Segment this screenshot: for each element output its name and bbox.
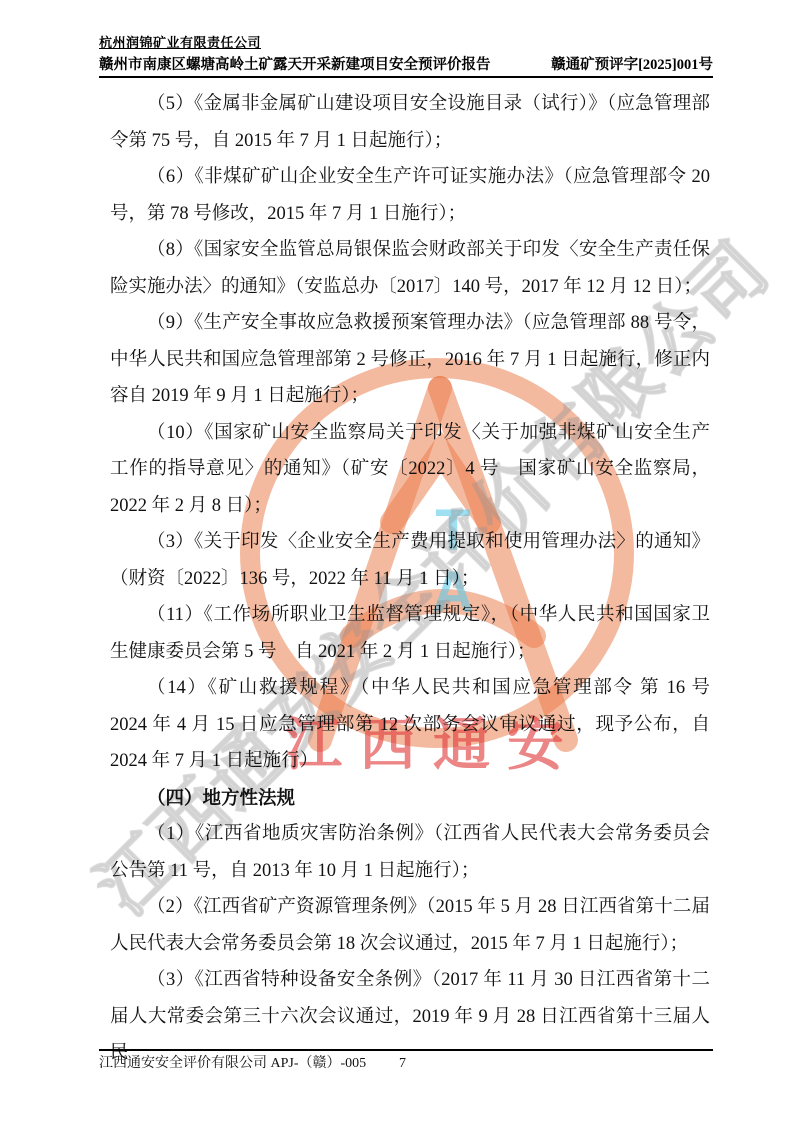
document-page: { "header": { "company": "杭州润锦矿业有限责任公司",… xyxy=(0,0,793,1122)
paragraph: （5）《金属非金属矿山建设项目安全设施目录（试行）》（应急管理部令第 75 号，… xyxy=(110,86,710,159)
paragraph: （11）《工作场所职业卫生监督管理规定》，（中华人民共和国国家卫生健康委员会第 … xyxy=(110,597,710,670)
page-footer: 江西通安安全评价有限公司 APJ-（赣）-005 7 xyxy=(99,1049,713,1073)
header-report-title: 赣州市南康区螺塘高岭土矿露天开采新建项目安全预评价报告 xyxy=(99,55,491,75)
section-heading: （四）地方性法规 xyxy=(110,780,710,817)
paragraph: （10）《国家矿山安全监察局关于印发〈关于加强非煤矿山安全生产工作的指导意见〉的… xyxy=(110,415,710,525)
page-header: 杭州润锦矿业有限责任公司 赣州市南康区螺塘高岭土矿露天开采新建项目安全预评价报告… xyxy=(99,33,713,78)
paragraph: （6）《非煤矿矿山企业安全生产许可证实施办法》（应急管理部令 20 号，第 78… xyxy=(110,159,710,232)
header-doc-number: 赣通矿预评字[2025]001号 xyxy=(551,55,713,75)
paragraph: （14）《矿山救援规程》（中华人民共和国应急管理部令 第 16 号 2024 年… xyxy=(110,670,710,780)
paragraph: （3）《关于印发〈企业安全生产费用提取和使用管理办法〉的通知》（财资〔2022〕… xyxy=(110,524,710,597)
footer-company-code: 江西通安安全评价有限公司 APJ-（赣）-005 xyxy=(99,1056,366,1071)
footer-page-number: 7 xyxy=(399,1055,406,1073)
paragraph: （8）《国家安全监管总局银保监会财政部关于印发〈安全生产责任保险实施办法〉的通知… xyxy=(110,232,710,305)
header-title-row: 赣州市南康区螺塘高岭土矿露天开采新建项目安全预评价报告 赣通矿预评字[2025]… xyxy=(99,55,713,78)
paragraph: （2）《江西省矿产资源管理条例》（2015 年 5 月 28 日江西省第十二届人… xyxy=(110,889,710,962)
paragraph: （1）《江西省地质灾害防治条例》（江西省人民代表大会常务委员会公告第 11 号，… xyxy=(110,816,710,889)
header-company-name: 杭州润锦矿业有限责任公司 xyxy=(99,33,261,53)
body-text: （5）《金属非金属矿山建设项目安全设施目录（试行）》（应急管理部令第 75 号，… xyxy=(110,86,710,1072)
paragraph: （9）《生产安全事故应急救援预案管理办法》（应急管理部 88 号令，中华人民共和… xyxy=(110,305,710,415)
